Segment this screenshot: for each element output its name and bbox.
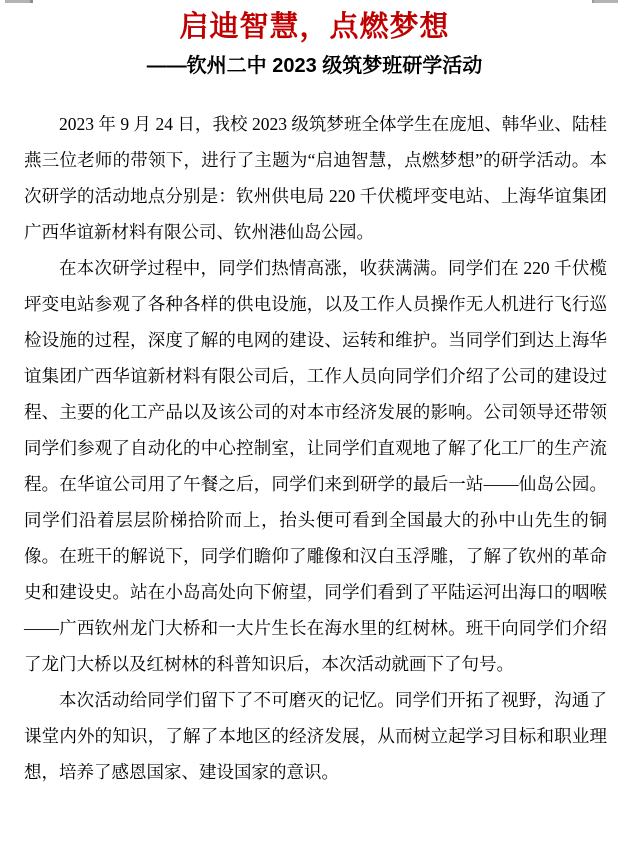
document-subtitle: ——钦州二中 2023 级筑梦班研学活动 <box>0 52 629 80</box>
document-body: 2023 年 9 月 24 日，我校 2023 级筑梦班全体学生在庞旭、韩华业、… <box>0 106 629 790</box>
ui-fragment-top-left <box>5 0 33 3</box>
paragraph-conclusion: 本次活动给同学们留下了不可磨灭的记忆。同学们开拓了视野，沟通了课堂内外的知识，了… <box>24 682 607 790</box>
document-title: 启迪智慧，点燃梦想 <box>0 8 629 46</box>
ui-fragment-top-right <box>592 0 618 3</box>
document-page: 启迪智慧，点燃梦想 ——钦州二中 2023 级筑梦班研学活动 2023 年 9 … <box>0 0 629 853</box>
paragraph-intro: 2023 年 9 月 24 日，我校 2023 级筑梦班全体学生在庞旭、韩华业、… <box>24 106 607 250</box>
paragraph-activity-details: 在本次研学过程中，同学们热情高涨，收获满满。同学们在 220 千伏榄坪变电站参观… <box>24 250 607 682</box>
